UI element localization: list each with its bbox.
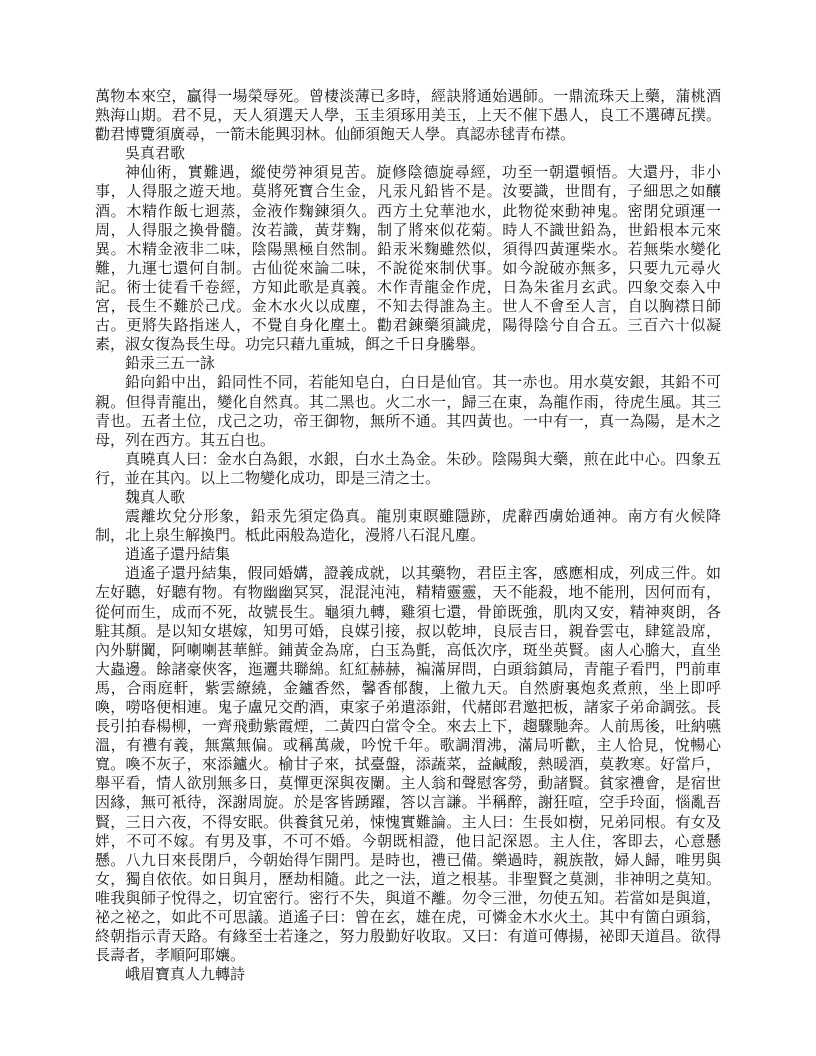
paragraph-qianhong-sanwuyi-ode: 鉛向鉛中出，鉛同性不同，若能知皂白，白日是仙官。其一赤也。用水莫安銀，其鉛不可親… [95, 374, 721, 450]
continued-paragraph: 萬物本來空，贏得一場榮辱死。曾棲淡薄已多時，經訣將通始遇師。一鼎流珠天上藥，蒲桃… [95, 88, 721, 145]
text-content: 萬物本來空，贏得一場榮辱死。曾棲淡薄已多時，經訣將通始遇師。一鼎流珠天上藥，蒲桃… [95, 88, 721, 985]
heading-emei-baozhenren-jiuzhuan-poem: 峨眉寶真人九轉詩 [95, 966, 721, 985]
heading-xiaoyaozi-huandan-jieji: 逍遙子還丹結集 [95, 546, 721, 565]
paragraph-weizhenren-song: 震離坎兌分形象，鉛汞先須定偽真。龍別東瞑雖隱跡，虎辭西虜始通神。南方有火候降制，… [95, 508, 721, 546]
heading-weizhenren-song: 魏真人歌 [95, 489, 721, 508]
paragraph-xiaoyaozi-huandan-jieji: 逍遙子還丹結集，假同婚媾，證義成就，以其藥物，君臣主客，感應相成，列成三件。如左… [95, 565, 721, 966]
paragraph-zhenxiao-zhenren: 真曉真人曰：金水白為銀，水銀，白水土為金。朱砂。陰陽與大藥，煎在此中心。四象五行… [95, 451, 721, 489]
document-page: 萬物本來空，贏得一場榮辱死。曾棲淡薄已多時，經訣將通始遇師。一鼎流珠天上藥，蒲桃… [0, 0, 816, 1056]
heading-qianhong-sanwuyi-ode: 鉛汞三五一詠 [95, 355, 721, 374]
heading-wuzhenjun-song: 吳真君歌 [95, 145, 721, 164]
paragraph-wuzhenjun-song: 神仙術，實難遇，縱使勞神須見苦。旋修陰德旋尋經，功至一朝還頓悟。大還丹，非小事，… [95, 164, 721, 355]
